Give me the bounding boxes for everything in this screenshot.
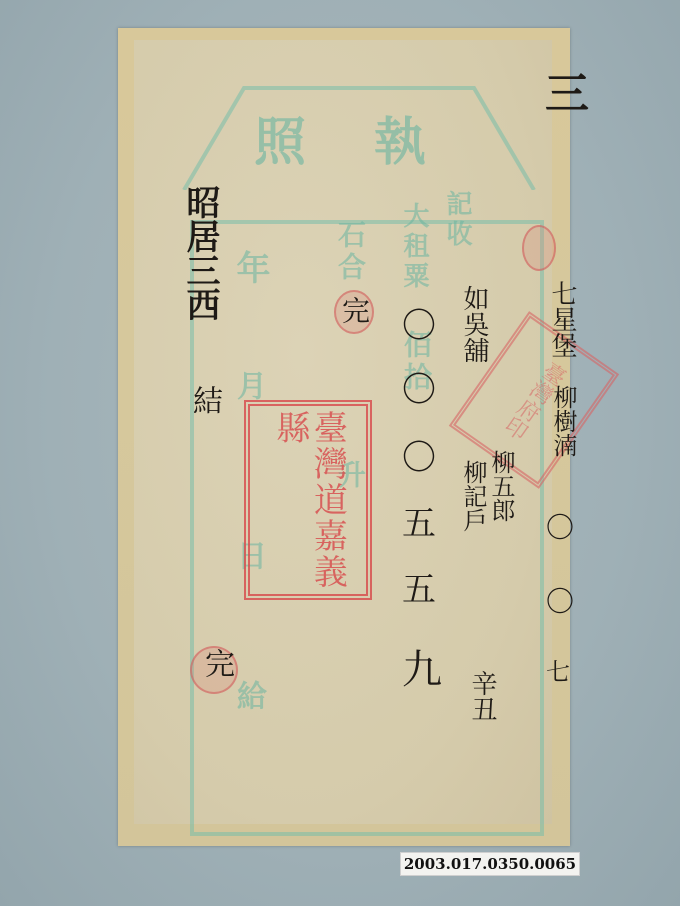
printed-column-6: 年 [226, 250, 275, 288]
handwritten-center-name: 如吳舖 [456, 285, 493, 363]
printed-column-2: 大租粟 [396, 202, 433, 292]
handwritten-left-lower: 結 [182, 385, 226, 415]
printed-column-1: 記收 [439, 190, 476, 250]
header-frame [174, 80, 544, 190]
right-digit-2: 〇 [546, 580, 574, 620]
title-char-right: 執 [374, 100, 426, 175]
handwritten-right-column: 七星堡 [544, 280, 581, 358]
round-seal-right [522, 225, 556, 271]
amount-digit-5: 五 [402, 562, 436, 611]
square-red-seal: 臺灣道嘉義縣 [244, 400, 372, 600]
handwritten-right-column-2: 柳樹湳 [546, 385, 581, 457]
seal-mark-lower: 完 [194, 648, 238, 678]
title-char-left: 照 [254, 100, 306, 175]
handwritten-left-column: 昭居三西 [176, 185, 225, 321]
document-paper: 照 執 記收 大租粟 佰拾 石合 升 年 月 日 給 臺灣道嘉義縣 臺灣府印 完… [118, 28, 570, 846]
amount-digit-6: 九 [402, 638, 442, 695]
amount-digit-1: 〇 [402, 298, 436, 347]
right-digit-1: 〇 [546, 506, 574, 546]
handwritten-name-b: 柳記戶 [456, 460, 491, 532]
right-digit-3: 七 [546, 652, 570, 687]
handwritten-top-right: 三 [530, 70, 594, 114]
amount-digit-4: 五 [402, 496, 436, 545]
amount-digit-2: 〇 [402, 362, 436, 411]
document-inner-sheet: 照 執 記收 大租粟 佰拾 石合 升 年 月 日 給 臺灣道嘉義縣 臺灣府印 完… [134, 40, 552, 824]
handwritten-year: 辛丑 [464, 670, 501, 722]
seal-mark-upper: 完 [334, 296, 374, 324]
catalog-number-label: 2003.017.0350.0065 [400, 852, 580, 876]
printed-column-4: 石合 [330, 220, 370, 284]
printed-column-7: 月 [226, 370, 270, 404]
amount-digit-3: 〇 [402, 430, 436, 479]
